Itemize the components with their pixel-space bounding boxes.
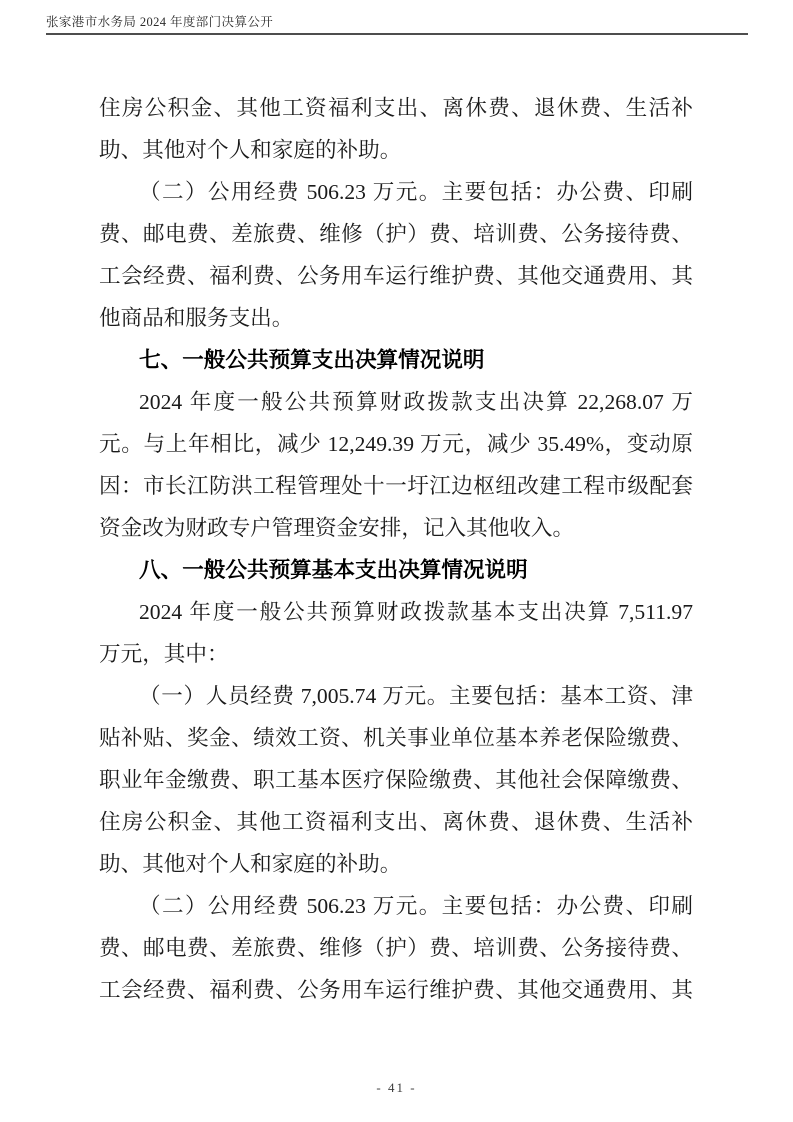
text-line: 助、其他对个人和家庭的补助。 xyxy=(99,129,693,171)
text-line: 住房公积金、其他工资福利支出、离休费、退休费、生活补 xyxy=(99,87,693,129)
page-number: - 41 - xyxy=(376,1080,416,1095)
section-heading: 七、一般公共预算支出决算情况说明 xyxy=(99,339,693,381)
page-footer: - 41 - xyxy=(0,1079,793,1097)
text-line: 职业年金缴费、职工基本医疗保险缴费、其他社会保障缴费、 xyxy=(99,759,693,801)
document-page: 张家港市水务局 2024 年度部门决算公开 住房公积金、其他工资福利支出、离休费… xyxy=(0,0,793,1122)
text-line: （二）公用经费 506.23 万元。主要包括：办公费、印刷 xyxy=(99,885,693,927)
text-line: 资金改为财政专户管理资金安排，记入其他收入。 xyxy=(99,507,693,549)
document-body: 住房公积金、其他工资福利支出、离休费、退休费、生活补助、其他对个人和家庭的补助。… xyxy=(99,87,693,1011)
text-line: 万元，其中： xyxy=(99,633,693,675)
text-line: 费、邮电费、差旅费、维修（护）费、培训费、公务接待费、 xyxy=(99,213,693,255)
page-header: 张家港市水务局 2024 年度部门决算公开 xyxy=(46,12,748,35)
text-line: （二）公用经费 506.23 万元。主要包括：办公费、印刷 xyxy=(99,171,693,213)
text-line: 工会经费、福利费、公务用车运行维护费、其他交通费用、其 xyxy=(99,255,693,297)
text-line: 助、其他对个人和家庭的补助。 xyxy=(99,843,693,885)
text-line: 元。与上年相比，减少 12,249.39 万元，减少 35.49%，变动原 xyxy=(99,423,693,465)
text-line: 费、邮电费、差旅费、维修（护）费、培训费、公务接待费、 xyxy=(99,927,693,969)
text-line: 因：市长江防洪工程管理处十一圩江边枢纽改建工程市级配套 xyxy=(99,465,693,507)
text-line: 住房公积金、其他工资福利支出、离休费、退休费、生活补 xyxy=(99,801,693,843)
header-title: 张家港市水务局 2024 年度部门决算公开 xyxy=(46,12,748,30)
text-line: 工会经费、福利费、公务用车运行维护费、其他交通费用、其 xyxy=(99,969,693,1011)
text-line: 他商品和服务支出。 xyxy=(99,297,693,339)
text-line: 贴补贴、奖金、绩效工资、机关事业单位基本养老保险缴费、 xyxy=(99,717,693,759)
text-line: 2024 年度一般公共预算财政拨款基本支出决算 7,511.97 xyxy=(99,591,693,633)
section-heading: 八、一般公共预算基本支出决算情况说明 xyxy=(99,549,693,591)
text-line: 2024 年度一般公共预算财政拨款支出决算 22,268.07 万 xyxy=(99,381,693,423)
text-line: （一）人员经费 7,005.74 万元。主要包括：基本工资、津 xyxy=(99,675,693,717)
